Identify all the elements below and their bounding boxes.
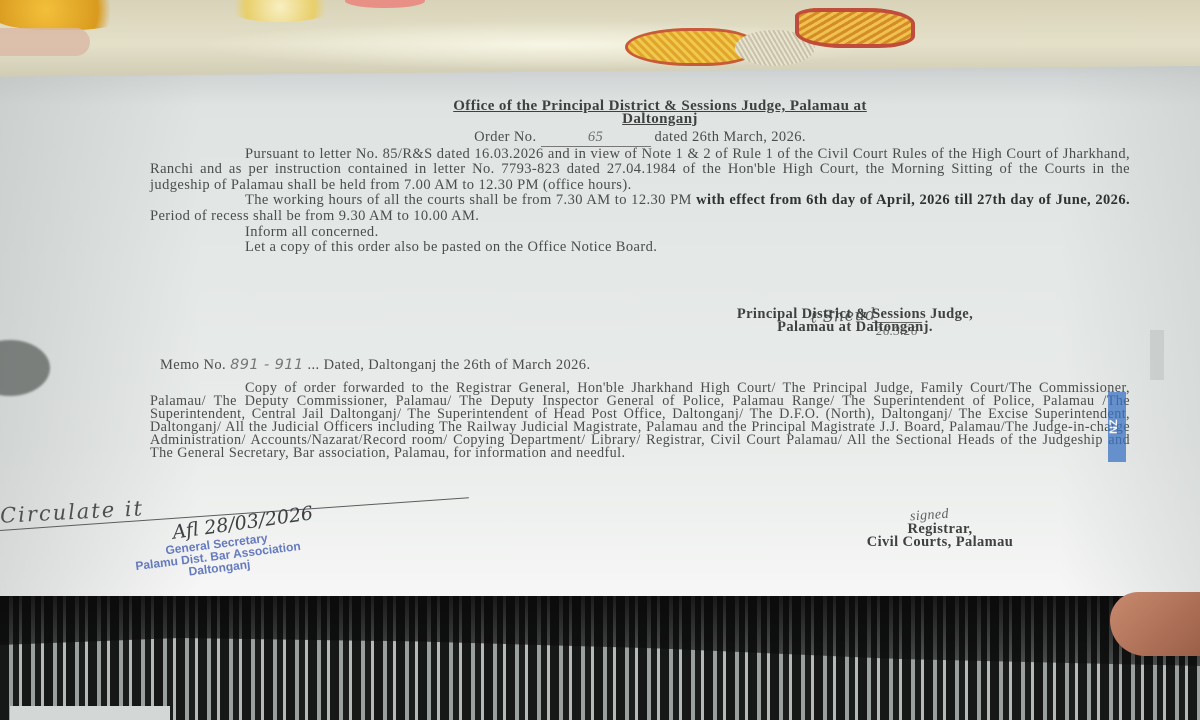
cloth-shadow — [0, 596, 1200, 666]
order-date: dated 26th March, 2026. — [655, 129, 806, 145]
memo-date: Dated, Daltonganj the 26th of March 2026… — [324, 357, 591, 373]
effective-dates: with effect from 6th day of April, 2026 … — [696, 192, 1130, 208]
court-order: Office of the Principal District & Sessi… — [150, 100, 1130, 256]
paragraph-working-hours: The working hours of all the courts shal… — [150, 193, 1130, 224]
working-hours-text: The working hours of all the courts shal… — [245, 192, 692, 208]
notice-board-line: Let a copy of this order also be pasted … — [150, 240, 1130, 256]
order-number-line: Order No. 65 dated 26th March, 2026. — [150, 130, 1130, 147]
ornament-decoration — [625, 8, 915, 66]
forwarding-list: Copy of order forwarded to the Registrar… — [150, 382, 1130, 460]
memo-line: Memo No. 891 - 911 ... Dated, Daltonganj… — [160, 358, 1110, 374]
document-title: Office of the Principal District & Sessi… — [190, 100, 1130, 126]
order-number: 65 — [541, 130, 651, 147]
inform-line: Inform all concerned. — [150, 225, 1130, 241]
flower-decoration — [0, 0, 130, 30]
order-label: Order No. — [474, 129, 536, 145]
recess-text: Period of recess shall be from 9.30 AM t… — [150, 208, 479, 224]
flower-decoration — [225, 0, 335, 22]
paragraph-morning-sitting: Pursuant to letter No. 85/R&S dated 16.0… — [150, 147, 1130, 194]
watermark-logo-icon: NZ — [1108, 392, 1126, 462]
judge-designation: Principal District & Sessions Judge, Pal… — [645, 308, 1065, 334]
signatory-line-2: Palamau at Daltonganj. — [645, 321, 1065, 334]
ornament-petal — [795, 8, 915, 48]
paper-corner — [10, 706, 170, 720]
title-line-2: Daltonganj — [190, 113, 1130, 126]
memo-number: 891 - 911 — [230, 357, 303, 373]
hand — [1110, 592, 1200, 656]
flower-decoration — [345, 0, 425, 8]
registrar-designation: Registrar, Civil Courts, Palamau — [790, 523, 1090, 549]
watermark-mark — [1150, 330, 1164, 380]
hand — [0, 28, 90, 56]
memo-label: Memo No. — [160, 357, 226, 373]
registrar-line-2: Civil Courts, Palamau — [790, 536, 1090, 549]
striped-cloth — [0, 596, 1200, 720]
